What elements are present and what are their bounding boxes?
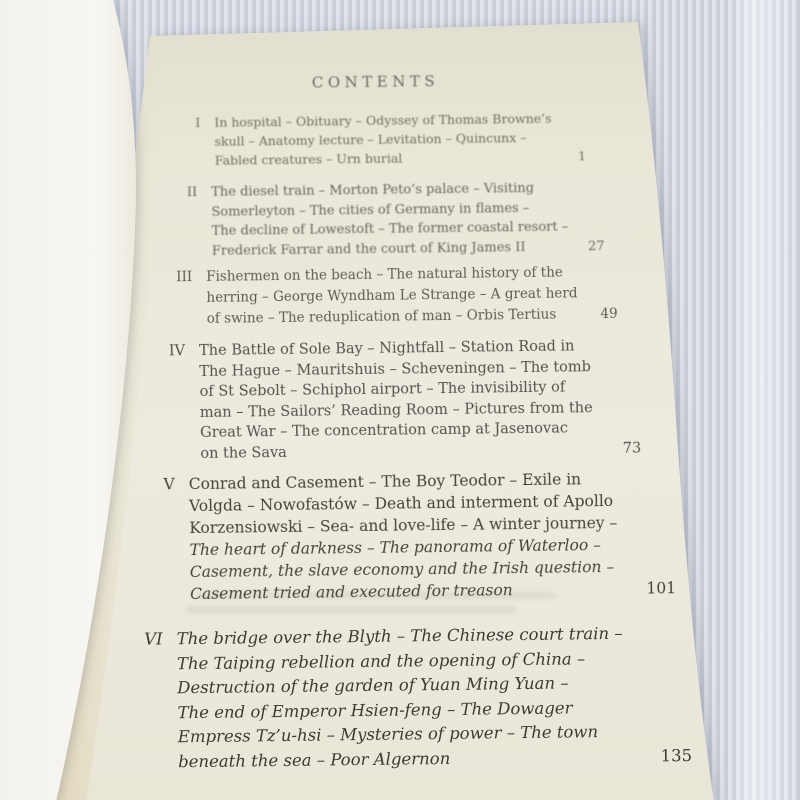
chapter-summary: In hospital – Obituary – Odyssey of Thom… bbox=[214, 109, 552, 170]
fore-edge-highlight bbox=[730, 0, 800, 800]
toc-line: Frederick Farrar and the court of King J… bbox=[212, 237, 569, 261]
page-number: 73 bbox=[607, 438, 663, 459]
toc-entry: IIn hospital – Obituary – Odyssey of Tho… bbox=[108, 108, 609, 171]
chapter-numeral: I bbox=[158, 113, 200, 133]
toc-entry: IIIFishermen on the beach – The natural … bbox=[110, 262, 611, 331]
page-number: 27 bbox=[582, 236, 638, 256]
toc-line: Casement tried and executed for treason bbox=[190, 578, 618, 605]
chapter-numeral: II bbox=[155, 183, 197, 203]
page-number: 135 bbox=[638, 743, 694, 768]
chapter-summary: The bridge over the Blyth – The Chinese … bbox=[176, 622, 624, 774]
chapter-numeral: IV bbox=[143, 341, 185, 362]
toc-line: of swine – The reduplication of man – Or… bbox=[207, 304, 578, 330]
chapter-summary: The diesel train – Morton Peto’s palace … bbox=[211, 178, 569, 260]
page-title: CONTENTS bbox=[312, 72, 439, 92]
chapter-summary: The Battle of Sole Bay – Nightfall – Sta… bbox=[199, 336, 593, 464]
toc-entry: IVThe Battle of Sole Bay – Nightfall – S… bbox=[111, 336, 612, 465]
chapter-numeral: III bbox=[150, 267, 192, 289]
chapter-numeral: V bbox=[133, 473, 175, 496]
chapter-summary: Conrad and Casement – The Boy Teodor – E… bbox=[189, 468, 619, 605]
page-number: 1 bbox=[566, 146, 622, 166]
contents-page-text: CONTENTS IIn hospital – Obituary – Odyss… bbox=[108, 69, 617, 775]
chapter-summary: Fishermen on the beach – The natural his… bbox=[206, 262, 578, 330]
toc-entries: IIn hospital – Obituary – Odyssey of Tho… bbox=[108, 108, 616, 775]
page-number: 49 bbox=[592, 304, 648, 326]
page-number: 101 bbox=[632, 577, 688, 600]
toc-entry: VIThe bridge over the Blyth – The Chines… bbox=[114, 622, 616, 775]
toc-entry: IIThe diesel train – Morton Peto’s palac… bbox=[109, 178, 610, 262]
chapter-numeral: VI bbox=[120, 627, 162, 652]
book-photo-scene: CONTENTS IIn hospital – Obituary – Odyss… bbox=[0, 0, 800, 800]
toc-line: on the Sava bbox=[200, 439, 593, 464]
toc-line: Fabled creatures – Urn burial bbox=[215, 147, 552, 170]
toc-entry: VConrad and Casement – The Boy Teodor – … bbox=[113, 468, 615, 606]
